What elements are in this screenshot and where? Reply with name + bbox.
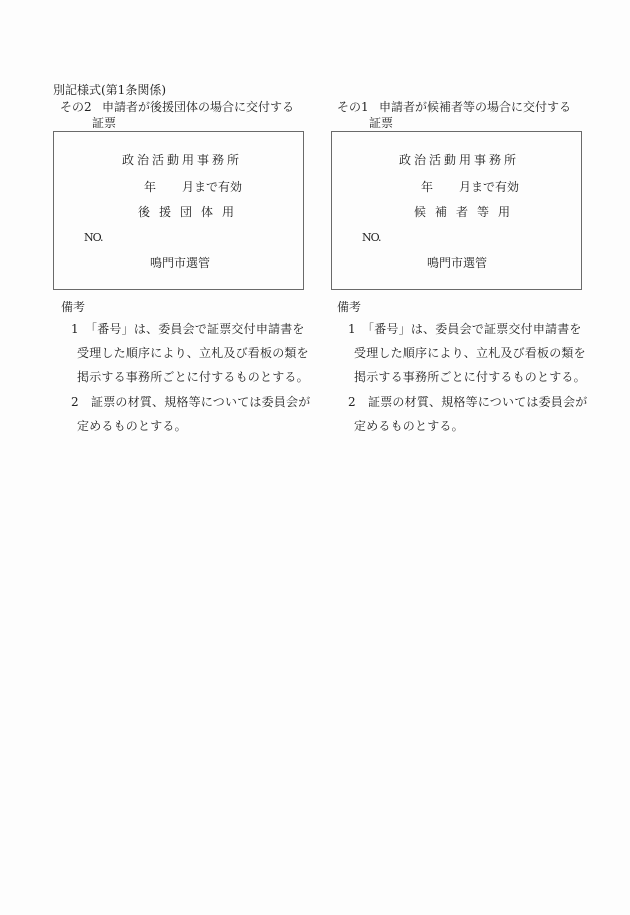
form-subtitle-line2: 証票 xyxy=(92,116,116,130)
card-validity: 年月まで有効 xyxy=(144,180,242,194)
form-header: 別記様式(第1条関係) xyxy=(53,83,166,97)
card-validity-year: 年 xyxy=(144,180,156,194)
form-subtitle-number: その1 xyxy=(337,100,379,115)
card-number-label: NO. xyxy=(362,231,381,245)
card-title: 政治活動用事務所 xyxy=(399,153,519,167)
remarks-title: 備考 xyxy=(337,300,361,314)
card-validity-rest: 月まで有効 xyxy=(182,180,242,194)
form-subtitle: その2申請者が後援団体の場合に交付する xyxy=(60,100,294,115)
remark-line: 受理した順序により、立札及び看板の類を xyxy=(77,346,309,360)
remark-line: 2 証票の材質、規格等については委員会が xyxy=(71,395,310,409)
remark-line: 定めるものとする。 xyxy=(354,419,464,433)
remark-line: 掲示する事務所ごとに付するものとする。 xyxy=(77,370,309,384)
card-validity-year: 年 xyxy=(421,180,433,194)
remark-line: 掲示する事務所ごとに付するものとする。 xyxy=(354,370,586,384)
remark-line: 2 証票の材質、規格等については委員会が xyxy=(348,395,587,409)
remark-line: 1 「番号」は、委員会で証票交付申請書を xyxy=(348,322,582,336)
certificate-card: 政治活動用事務所 年月まで有効 候補者等用 NO. 鳴門市選管 xyxy=(331,131,582,290)
form-subtitle: その1申請者が候補者等の場合に交付する xyxy=(337,100,571,115)
form-subtitle-text: 申請者が候補者等の場合に交付する xyxy=(379,100,571,114)
card-issuer: 鳴門市選管 xyxy=(427,256,487,270)
card-usage: 候補者等用 xyxy=(414,205,519,219)
form-subtitle-line2: 証票 xyxy=(369,116,393,130)
card-usage: 後援団体用 xyxy=(138,205,243,219)
card-number-label: NO. xyxy=(84,231,103,245)
form-subtitle-number: その2 xyxy=(60,100,102,115)
certificate-card: 政治活動用事務所 年月まで有効 後援団体用 NO. 鳴門市選管 xyxy=(53,131,304,290)
remarks-title: 備考 xyxy=(61,300,85,314)
card-issuer: 鳴門市選管 xyxy=(150,256,210,270)
remark-line: 受理した順序により、立札及び看板の類を xyxy=(354,346,586,360)
card-validity: 年月まで有効 xyxy=(421,180,519,194)
remark-line: 1 「番号」は、委員会で証票交付申請書を xyxy=(71,322,305,336)
form-subtitle-text: 申請者が後援団体の場合に交付する xyxy=(102,100,294,114)
card-title: 政治活動用事務所 xyxy=(122,153,242,167)
card-validity-rest: 月まで有効 xyxy=(459,180,519,194)
remark-line: 定めるものとする。 xyxy=(77,419,187,433)
